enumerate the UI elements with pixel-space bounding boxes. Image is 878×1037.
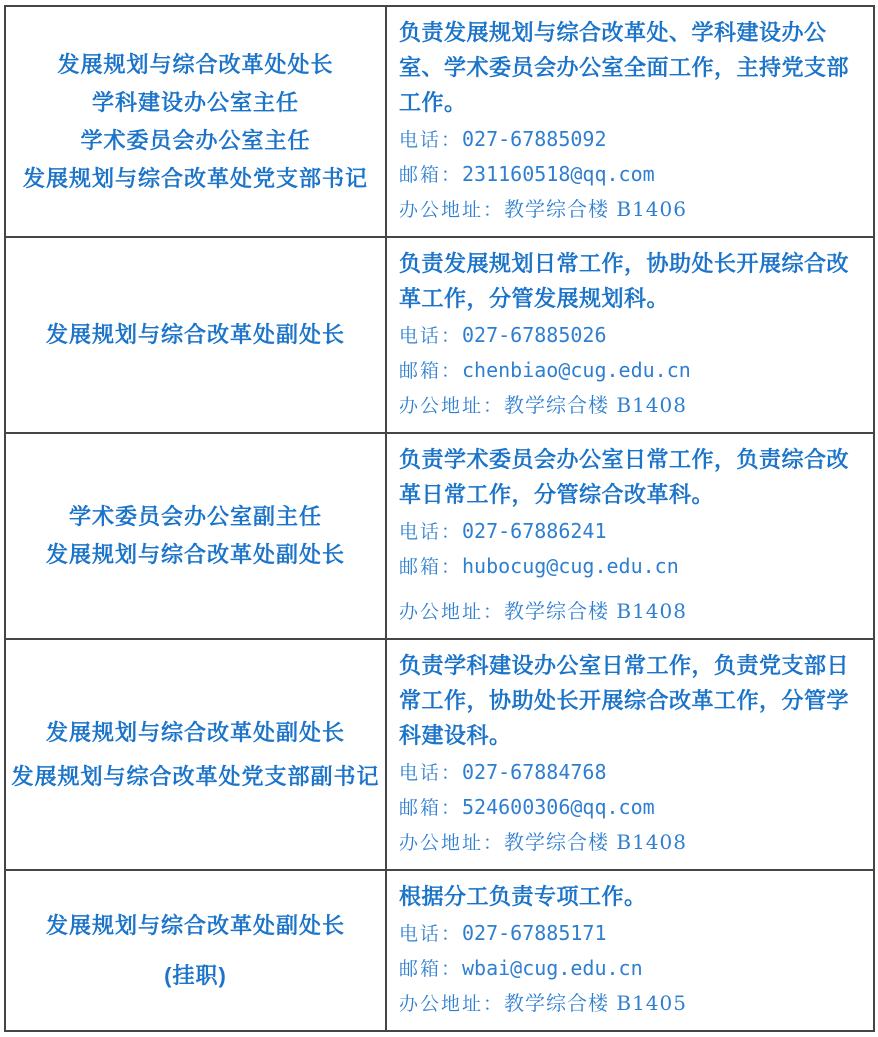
address-line: 办公地址：教学综合楼 B1408 (399, 389, 865, 424)
table-row: 发展规划与综合改革处处长 学科建设办公室主任 学术委员会办公室主任 发展规划与综… (5, 6, 874, 237)
position-title: 发展规划与综合改革处党支部书记 (8, 160, 383, 198)
address-label: 办公地址： (399, 395, 504, 417)
email-value: wbai@cug.edu.cn (462, 956, 643, 980)
position-title: 发展规划与综合改革处处长 (8, 46, 383, 84)
email-value: chenbiao@cug.edu.cn (462, 358, 691, 382)
duty-cell: 负责学术委员会办公室日常工作，负责综合改革日常工作，分管综合改革科。 电话：02… (386, 433, 874, 639)
address-line: 办公地址：教学综合楼 B1408 (399, 826, 865, 861)
duty-cell: 根据分工负责专项工作。 电话：027-67885171 邮箱：wbai@cug.… (386, 870, 874, 1031)
table-row: 发展规划与综合改革处副处长 负责发展规划日常工作，协助处长开展综合改革工作，分管… (5, 237, 874, 433)
position-title: 发展规划与综合改革处副处长 (8, 536, 383, 574)
email-line: 邮箱：231160518@qq.com (399, 158, 865, 193)
phone-label: 电话： (399, 923, 462, 945)
duty-cell: 负责学科建设办公室日常工作，负责党支部日常工作，协助处长开展综合改革工作，分管学… (386, 639, 874, 870)
position-cell: 学术委员会办公室副主任 发展规划与综合改革处副处长 (5, 433, 386, 639)
phone-line: 电话：027-67885026 (399, 319, 865, 354)
position-title: (挂职) (8, 957, 383, 995)
duty-text: 根据分工负责专项工作。 (399, 879, 865, 914)
table-row: 学术委员会办公室副主任 发展规划与综合改革处副处长 负责学术委员会办公室日常工作… (5, 433, 874, 639)
address-label: 办公地址： (399, 601, 504, 623)
phone-line: 电话：027-67884768 (399, 756, 865, 791)
address-line: 办公地址：教学综合楼 B1405 (399, 987, 865, 1022)
duty-text: 负责学科建设办公室日常工作，负责党支部日常工作，协助处长开展综合改革工作，分管学… (399, 648, 865, 753)
position-title: 学术委员会办公室副主任 (8, 498, 383, 536)
duty-cell: 负责发展规划日常工作，协助处长开展综合改革工作，分管发展规划科。 电话：027-… (386, 237, 874, 433)
email-line: 邮箱：524600306@qq.com (399, 791, 865, 826)
address-value: 教学综合楼 B1406 (504, 197, 687, 221)
address-value: 教学综合楼 B1408 (504, 393, 687, 417)
phone-line: 电话：027-67885171 (399, 917, 865, 952)
position-cell: 发展规划与综合改革处副处长 (5, 237, 386, 433)
position-cell: 发展规划与综合改革处副处长 发展规划与综合改革处党支部副书记 (5, 639, 386, 870)
position-cell: 发展规划与综合改革处处长 学科建设办公室主任 学术委员会办公室主任 发展规划与综… (5, 6, 386, 237)
phone-label: 电话： (399, 521, 462, 543)
phone-value: 027-67886241 (462, 519, 607, 543)
position-cell: 发展规划与综合改革处副处长 (挂职) (5, 870, 386, 1031)
email-label: 邮箱： (399, 556, 462, 578)
position-title: 发展规划与综合改革处党支部副书记 (8, 758, 383, 796)
table-row: 发展规划与综合改革处副处长 发展规划与综合改革处党支部副书记 负责学科建设办公室… (5, 639, 874, 870)
duty-text: 负责学术委员会办公室日常工作，负责综合改革日常工作，分管综合改革科。 (399, 442, 865, 512)
email-value: 231160518@qq.com (462, 162, 655, 186)
email-label: 邮箱： (399, 164, 462, 186)
position-title: 发展规划与综合改革处副处长 (8, 907, 383, 945)
phone-line: 电话：027-67885092 (399, 123, 865, 158)
address-label: 办公地址： (399, 199, 504, 221)
email-label: 邮箱： (399, 797, 462, 819)
email-line: 邮箱：wbai@cug.edu.cn (399, 952, 865, 987)
table-row: 发展规划与综合改革处副处长 (挂职) 根据分工负责专项工作。 电话：027-67… (5, 870, 874, 1031)
duty-text: 负责发展规划与综合改革处、学科建设办公室、学术委员会办公室全面工作，主持党支部工… (399, 15, 865, 120)
position-title: 发展规划与综合改革处副处长 (8, 316, 383, 354)
email-value: hubocug@cug.edu.cn (462, 554, 679, 578)
email-label: 邮箱： (399, 360, 462, 382)
address-line: 办公地址：教学综合楼 B1408 (399, 595, 865, 630)
email-label: 邮箱： (399, 958, 462, 980)
address-line: 办公地址：教学综合楼 B1406 (399, 193, 865, 228)
position-title: 学术委员会办公室主任 (8, 122, 383, 160)
address-label: 办公地址： (399, 832, 504, 854)
phone-label: 电话： (399, 325, 462, 347)
duty-cell: 负责发展规划与综合改革处、学科建设办公室、学术委员会办公室全面工作，主持党支部工… (386, 6, 874, 237)
email-line: 邮箱：chenbiao@cug.edu.cn (399, 354, 865, 389)
duty-text: 负责发展规划日常工作，协助处长开展综合改革工作，分管发展规划科。 (399, 246, 865, 316)
phone-line: 电话：027-67886241 (399, 515, 865, 550)
address-value: 教学综合楼 B1405 (504, 991, 687, 1015)
phone-value: 027-67884768 (462, 760, 607, 784)
address-label: 办公地址： (399, 993, 504, 1015)
phone-value: 027-67885171 (462, 921, 607, 945)
address-value: 教学综合楼 B1408 (504, 830, 687, 854)
phone-label: 电话： (399, 762, 462, 784)
email-value: 524600306@qq.com (462, 795, 655, 819)
position-title: 学科建设办公室主任 (8, 84, 383, 122)
position-title: 发展规划与综合改革处副处长 (8, 714, 383, 752)
address-value: 教学综合楼 B1408 (504, 599, 687, 623)
email-line: 邮箱：hubocug@cug.edu.cn (399, 550, 865, 585)
phone-value: 027-67885092 (462, 127, 607, 151)
staff-duty-table: 发展规划与综合改革处处长 学科建设办公室主任 学术委员会办公室主任 发展规划与综… (4, 5, 875, 1032)
phone-label: 电话： (399, 129, 462, 151)
phone-value: 027-67885026 (462, 323, 607, 347)
